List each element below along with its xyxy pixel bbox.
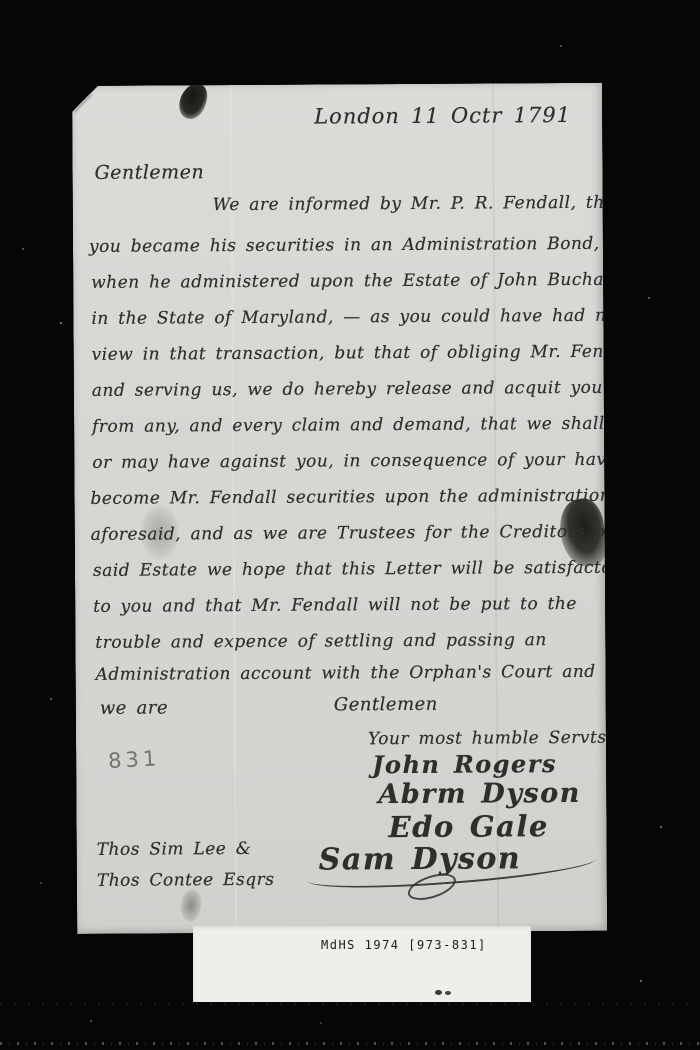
microfilm-frame: London 11 Octr 1791 Gentlemen We are inf…	[0, 0, 700, 1050]
addressee-line: Thos Sim Lee &	[97, 839, 252, 860]
letter-line: trouble and expence of settling and pass…	[95, 630, 547, 653]
signature-abrm-dyson: Abrm Dyson	[378, 778, 581, 810]
letter-line: We are informed by Mr. P. R. Fendall, th…	[213, 193, 623, 216]
dateline: London 11 Octr 1791	[314, 103, 571, 129]
signature-edo-gale: Edo Gale	[388, 809, 549, 844]
film-dust-specks	[60, 322, 62, 324]
letter-line: when he administered upon the Estate of …	[91, 270, 637, 293]
valediction: Your most humble Servts	[368, 728, 607, 749]
letter-line: Administration account with the Orphan's…	[96, 662, 596, 685]
letter-page: London 11 Octr 1791 Gentlemen We are inf…	[72, 83, 607, 934]
film-grain-line	[0, 1003, 700, 1005]
catalog-label-text: MdHS 1974 [973-831]	[321, 938, 487, 952]
letter-line: and serving us, we do hereby release and…	[92, 378, 603, 401]
letter-line: aforesaid, and as we are Trustees for th…	[91, 521, 651, 544]
letter-line: said Estate we hope that this Letter wil…	[93, 558, 631, 581]
catalog-label-slip: MdHS 1974 [973-831]	[193, 926, 531, 1002]
ink-blot-top	[176, 81, 210, 122]
letter-line: to you and that Mr. Fendall will not be …	[93, 594, 577, 617]
film-edge-grain	[0, 1042, 700, 1045]
signature-john-rogers: John Rogers	[372, 749, 557, 779]
letter-line: become Mr. Fendall securities upon the a…	[90, 486, 611, 509]
closing-gentlemen: Gentlemen	[334, 694, 438, 716]
letter-line: or may have against you, in consequence …	[92, 450, 635, 473]
stain-smudge-bottom	[179, 888, 203, 922]
closing-we-are: we are	[100, 697, 168, 718]
salutation: Gentlemen	[94, 161, 204, 184]
addressee-line: Thos Contee Esqrs	[97, 870, 275, 891]
letter-line: in the State of Maryland, — as you could…	[91, 306, 617, 329]
slip-mark-dot	[445, 991, 451, 995]
folded-corner	[73, 93, 92, 112]
letter-line: you became his securities in an Administ…	[89, 234, 600, 257]
letter-line: view in that transaction, but that of ob…	[92, 342, 638, 365]
pencil-folio-number: 831	[107, 746, 160, 773]
slip-mark-dot	[435, 990, 442, 995]
letter-line: from any, and every claim and demand, th…	[92, 414, 605, 437]
